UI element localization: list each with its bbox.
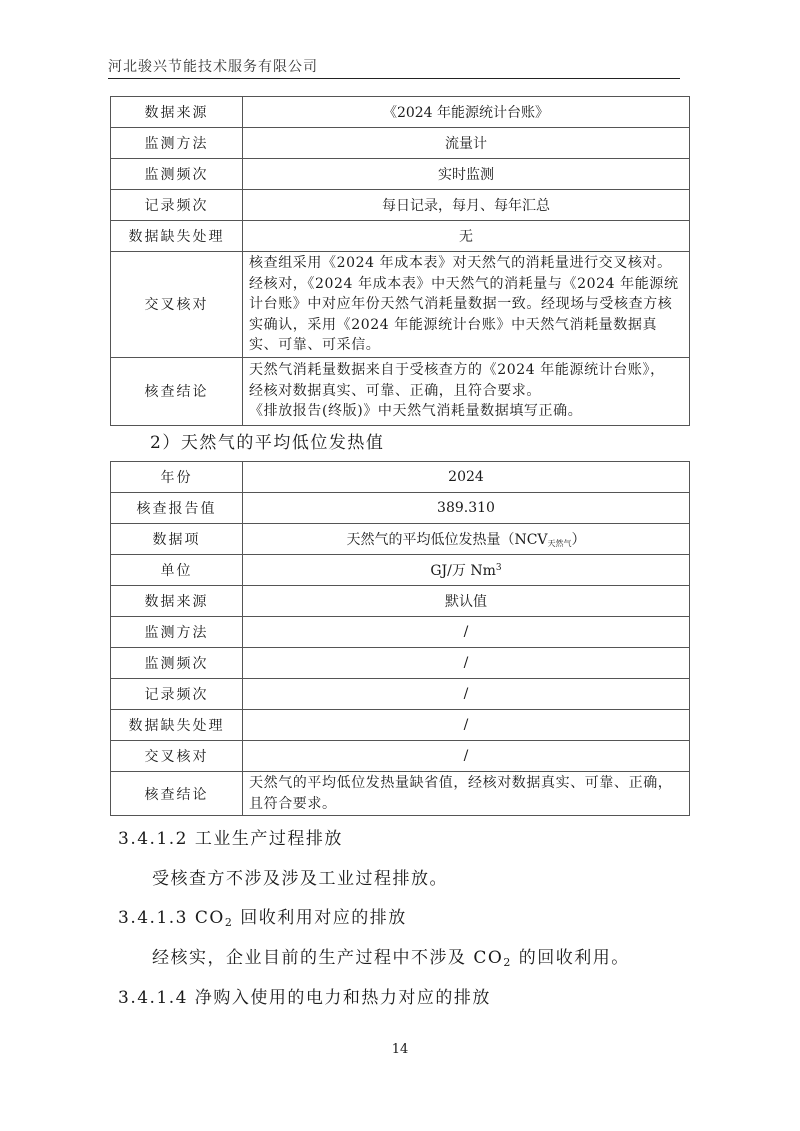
section-heading-3-4-1-2: 3.4.1.2 工业生产过程排放: [118, 824, 343, 849]
row-value: 无: [243, 221, 690, 252]
body-suffix: 的回收利用。: [512, 948, 630, 968]
row-value: /: [243, 679, 690, 710]
row-value: 天然气的平均低位发热量（NCV天然气）: [243, 524, 690, 555]
table-row: 数据来源 默认值: [111, 586, 690, 617]
body-subscript: 2: [503, 956, 512, 969]
conclusion-line: 天然气消耗量数据来自于受核查方的《2024 年能源统计台账》，: [249, 360, 685, 381]
heading-suffix: 回收利用对应的排放: [233, 908, 406, 928]
heading-prefix: 3.4.1.3 CO: [118, 908, 225, 928]
row-value: 天然气消耗量数据来自于受核查方的《2024 年能源统计台账》， 经核对数据真实、…: [243, 357, 690, 425]
table-row: 监测频次 实时监测: [111, 159, 690, 190]
row-value: 《2024 年能源统计台账》: [243, 97, 690, 128]
row-label: 年份: [111, 462, 243, 493]
row-label: 数据缺失处理: [111, 221, 243, 252]
row-label: 监测频次: [111, 159, 243, 190]
row-value: 默认值: [243, 586, 690, 617]
row-value: 389.310: [243, 493, 690, 524]
table-row: 监测方法 /: [111, 617, 690, 648]
section-body-3-4-1-2: 受核查方不涉及涉及工业过程排放。: [152, 864, 448, 889]
row-label: 数据来源: [111, 586, 243, 617]
data-item-subscript: 天然气: [548, 539, 572, 548]
row-label: 数据缺失处理: [111, 710, 243, 741]
row-value: /: [243, 617, 690, 648]
section-heading-3-4-1-4: 3.4.1.4 净购入使用的电力和热力对应的排放: [118, 983, 491, 1008]
unit-text: GJ/万 Nm: [430, 563, 496, 579]
row-value: /: [243, 648, 690, 679]
row-value: /: [243, 710, 690, 741]
row-label: 记录频次: [111, 190, 243, 221]
natural-gas-consumption-table: 数据来源 《2024 年能源统计台账》 监测方法 流量计 监测频次 实时监测 记…: [110, 96, 690, 426]
table-row: 单位 GJ/万 Nm3: [111, 555, 690, 586]
table-row: 记录频次 每日记录，每月、每年汇总: [111, 190, 690, 221]
row-value: 实时监测: [243, 159, 690, 190]
table-row: 交叉核对 /: [111, 741, 690, 772]
table-row: 数据来源 《2024 年能源统计台账》: [111, 97, 690, 128]
body-prefix: 经核实，企业目前的生产过程中不涉及 CO: [152, 948, 503, 968]
row-value: 流量计: [243, 128, 690, 159]
row-label: 交叉核对: [111, 741, 243, 772]
table-row: 监测方法 流量计: [111, 128, 690, 159]
row-label: 数据项: [111, 524, 243, 555]
row-label: 核查结论: [111, 357, 243, 425]
conclusion-line: 经核对数据真实、可靠、正确，且符合要求。: [249, 381, 685, 402]
table-row: 监测频次 /: [111, 648, 690, 679]
row-label: 监测频次: [111, 648, 243, 679]
table-row: 数据缺失处理 /: [111, 710, 690, 741]
table-row: 数据项 天然气的平均低位发热量（NCV天然气）: [111, 524, 690, 555]
row-label: 监测方法: [111, 128, 243, 159]
table-row: 数据缺失处理 无: [111, 221, 690, 252]
row-label: 核查报告值: [111, 493, 243, 524]
row-label: 监测方法: [111, 617, 243, 648]
data-item-suffix: ）: [572, 532, 586, 548]
row-value: 2024: [243, 462, 690, 493]
page-number: 14: [0, 1042, 800, 1057]
data-item-text: 天然气的平均低位发热量（NCV: [346, 532, 547, 548]
ncv-table: 年份 2024 核查报告值 389.310 数据项 天然气的平均低位发热量（NC…: [110, 461, 690, 816]
conclusion-line: 《排放报告(终版)》中天然气消耗量数据填写正确。: [249, 401, 685, 422]
section-body-3-4-1-3: 经核实，企业目前的生产过程中不涉及 CO2 的回收利用。: [152, 943, 630, 969]
row-label: 单位: [111, 555, 243, 586]
table-row: 年份 2024: [111, 462, 690, 493]
section-heading-3-4-1-3: 3.4.1.3 CO2 回收利用对应的排放: [118, 903, 407, 929]
company-name: 河北骏兴节能技术服务有限公司: [108, 59, 318, 75]
row-value: 核查组采用《2024 年成本表》对天然气的消耗量进行交叉核对。经核对，《2024…: [243, 252, 690, 358]
row-label: 核查结论: [111, 772, 243, 816]
table-row: 记录频次 /: [111, 679, 690, 710]
row-value: GJ/万 Nm3: [243, 555, 690, 586]
row-label: 记录频次: [111, 679, 243, 710]
row-value: /: [243, 741, 690, 772]
table-row: 核查结论 天然气消耗量数据来自于受核查方的《2024 年能源统计台账》， 经核对…: [111, 357, 690, 425]
row-label: 数据来源: [111, 97, 243, 128]
unit-superscript: 3: [496, 563, 502, 573]
table-row: 交叉核对 核查组采用《2024 年成本表》对天然气的消耗量进行交叉核对。经核对，…: [111, 252, 690, 358]
row-value: 每日记录，每月、每年汇总: [243, 190, 690, 221]
row-label: 交叉核对: [111, 252, 243, 358]
page-header: 河北骏兴节能技术服务有限公司: [108, 58, 680, 79]
subheading-ncv: 2）天然气的平均低位发热值: [150, 428, 384, 453]
table-row: 核查结论 天然气的平均低位发热量缺省值，经核对数据真实、可靠、正确，且符合要求。: [111, 772, 690, 816]
row-value: 天然气的平均低位发热量缺省值，经核对数据真实、可靠、正确，且符合要求。: [243, 772, 690, 816]
table-row: 核查报告值 389.310: [111, 493, 690, 524]
